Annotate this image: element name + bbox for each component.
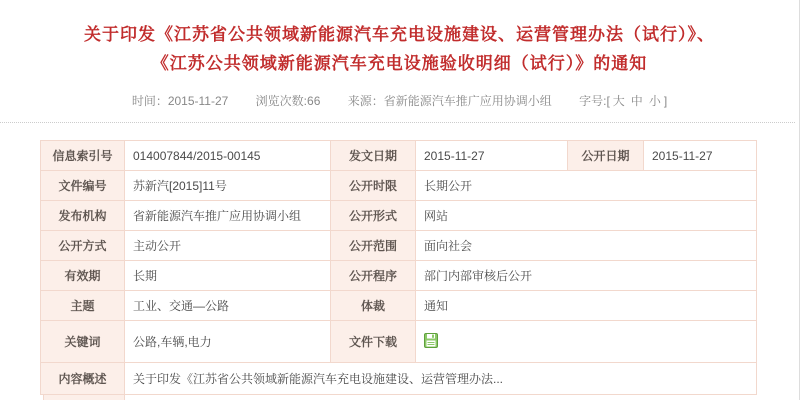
label-file-download: 文件下载 xyxy=(331,321,416,363)
label-doc-number: 文件编号 xyxy=(41,171,125,201)
meta-source-value: 省新能源汽车推广应用协调小组 xyxy=(384,94,552,108)
dotted-divider xyxy=(0,122,795,123)
label-open-form: 公开形式 xyxy=(331,201,416,231)
floppy-disk-save-icon[interactable] xyxy=(424,333,438,351)
value-validity: 长期 xyxy=(125,261,331,291)
label-open-procedure: 公开程序 xyxy=(331,261,416,291)
next-row-partial-cell xyxy=(43,394,125,400)
value-issue-date: 2015-11-27 xyxy=(416,141,568,171)
table-row: 公开方式 主动公开 公开范围 面向社会 xyxy=(41,231,757,261)
value-keywords: 公路,车辆,电力 xyxy=(125,321,331,363)
value-file-download xyxy=(416,321,757,363)
value-content-summary: 关于印发《江苏省公共领域新能源汽车充电设施建设、运营管理办法... xyxy=(125,363,757,395)
label-open-method: 公开方式 xyxy=(41,231,125,261)
value-open-form: 网站 xyxy=(416,201,757,231)
label-issuing-agency: 发布机构 xyxy=(41,201,125,231)
label-validity: 有效期 xyxy=(41,261,125,291)
label-open-term: 公开时限 xyxy=(331,171,416,201)
value-open-procedure: 部门内部审核后公开 xyxy=(416,261,757,291)
table-row: 关键词 公路,车辆,电力 文件下载 xyxy=(41,321,757,363)
table-row: 主题 工业、交通—公路 体裁 通知 xyxy=(41,291,757,321)
meta-time-value: 2015-11-27 xyxy=(168,94,229,108)
value-index-number: 014007844/2015-00145 xyxy=(125,141,331,171)
document-info-table: 信息索引号 014007844/2015-00145 发文日期 2015-11-… xyxy=(40,140,757,395)
meta-source: 来源：省新能源汽车推广应用协调小组 xyxy=(348,94,552,108)
fontsize-large-link[interactable]: 大 xyxy=(613,94,625,108)
label-content-summary: 内容概述 xyxy=(41,363,125,395)
label-open-scope: 公开范围 xyxy=(331,231,416,261)
value-genre: 通知 xyxy=(416,291,757,321)
meta-views: 浏览次数:66 xyxy=(256,94,321,108)
value-publish-date: 2015-11-27 xyxy=(644,141,757,171)
label-genre: 体裁 xyxy=(331,291,416,321)
article-page: 关于印发《江苏省公共领域新能源汽车充电设施建设、运营管理办法（试行）》、 《江苏… xyxy=(0,0,800,400)
table-row: 文件编号 苏新汽[2015]11号 公开时限 长期公开 xyxy=(41,171,757,201)
value-open-method: 主动公开 xyxy=(125,231,331,261)
label-index-number: 信息索引号 xyxy=(41,141,125,171)
fontsize-medium-link[interactable]: 中 xyxy=(631,94,643,108)
table-row: 有效期 长期 公开程序 部门内部审核后公开 xyxy=(41,261,757,291)
page-title: 关于印发《江苏省公共领域新能源汽车充电设施建设、运营管理办法（试行）》、 《江苏… xyxy=(0,0,799,78)
label-publish-date: 公开日期 xyxy=(568,141,644,171)
meta-time: 时间：2015-11-27 xyxy=(132,94,229,108)
label-topic: 主题 xyxy=(41,291,125,321)
table-row: 信息索引号 014007844/2015-00145 发文日期 2015-11-… xyxy=(41,141,757,171)
page-title-line1: 关于印发《江苏省公共领域新能源汽车充电设施建设、运营管理办法（试行）》、 xyxy=(0,20,799,49)
table-row: 内容概述 关于印发《江苏省公共领域新能源汽车充电设施建设、运营管理办法... xyxy=(41,363,757,395)
fontsize-small-link[interactable]: 小 xyxy=(649,94,661,108)
value-open-term: 长期公开 xyxy=(416,171,757,201)
value-open-scope: 面向社会 xyxy=(416,231,757,261)
label-issue-date: 发文日期 xyxy=(331,141,416,171)
meta-fontsize: 字号:[大中小] xyxy=(579,94,667,108)
page-title-line2: 《江苏公共领域新能源汽车充电设施验收明细（试行）》的通知 xyxy=(0,49,799,78)
table-row: 发布机构 省新能源汽车推广应用协调小组 公开形式 网站 xyxy=(41,201,757,231)
article-meta: 时间：2015-11-27 浏览次数:66 来源：省新能源汽车推广应用协调小组 … xyxy=(0,92,799,109)
value-topic: 工业、交通—公路 xyxy=(125,291,331,321)
label-keywords: 关键词 xyxy=(41,321,125,363)
meta-views-value: 66 xyxy=(307,94,320,108)
value-doc-number: 苏新汽[2015]11号 xyxy=(125,171,331,201)
value-issuing-agency: 省新能源汽车推广应用协调小组 xyxy=(125,201,331,231)
